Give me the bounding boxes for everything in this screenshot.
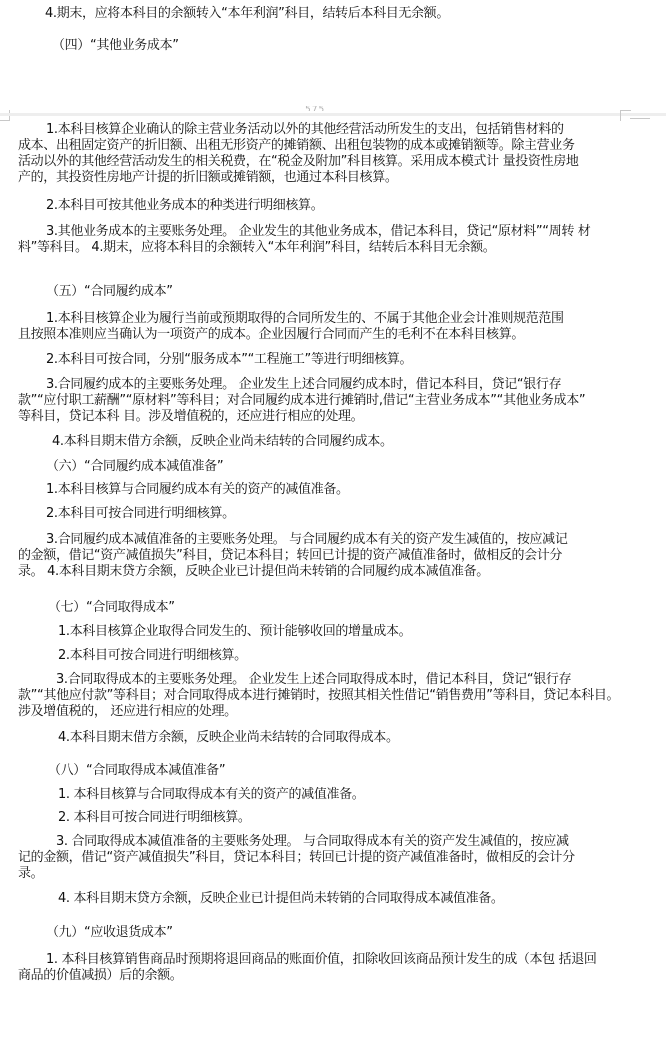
section-heading-4: （四）“其他业务成本” <box>52 38 179 54</box>
text-line: 商品的价值减损）后的余额。 <box>18 968 597 984</box>
paragraph-s8-item2: 2. 本科目可按合同进行明细核算。 <box>58 810 251 826</box>
paragraph-s7-item2: 2.本科目可按合同进行明细核算。 <box>58 648 247 664</box>
paragraph-s4-item3: 3.其他业务成本的主要账务处理。 企业发生的其他业务成本，借记本科目，贷记“原材… <box>18 224 590 256</box>
section-heading-7: （七）“合同取得成本” <box>48 600 175 616</box>
text-line: 款”“应付职工薪酬”“原材料”等科目；对合同履约成本进行摊销时,借记“主营业务成… <box>18 393 585 409</box>
paragraph-s8-item1: 1. 本科目核算与合同取得成本有关的资产的减值准备。 <box>58 787 364 803</box>
paragraph-s4-item1: 1.本科目核算企业确认的除主营业务活动以外的其他经营活动所发生的支出，包括销售材… <box>18 122 579 186</box>
page-number: 575 <box>305 106 325 111</box>
text-line: 活动以外的其他经营活动发生的相关税费，在“税金及附加”科目核算。采用成本模式计 … <box>18 154 579 170</box>
paragraph-s5-item4: 4.本科目期末借方余额，反映企业尚未结转的合同履约成本。 <box>52 434 393 450</box>
page-corner-mark-right-line <box>630 118 650 119</box>
paragraph-s7-item1: 1.本科目核算企业取得合同发生的、预计能够收回的增量成本。 <box>58 624 411 640</box>
text-line: 3.其他业务成本的主要账务处理。 企业发生的其他业务成本，借记本科目，贷记“原材… <box>18 224 590 240</box>
text-line: 1.本科目核算企业确认的除主营业务活动以外的其他经营活动所发生的支出，包括销售材… <box>18 122 579 138</box>
text-line: 款”“其他应付款”等科目；对合同取得成本进行摊销时，按照其相关性借记“销售费用”… <box>18 688 619 704</box>
paragraph-s6-item1: 1.本科目核算与合同履约成本有关的资产的减值准备。 <box>46 482 349 498</box>
page-break-divider <box>0 113 666 116</box>
section-heading-8: （八）“合同取得成本减值准备” <box>48 763 225 779</box>
text-line: 成本、出租固定资产的折旧额、出租无形资产的摊销额、出租包装物的成本或摊销额等。除… <box>18 138 579 154</box>
text-line: 料”等科目。 4.期末，应将本科目的余额转入“本年利润”科目，结转后本科目无余额… <box>18 240 590 256</box>
text-line: 的金额，借记“资产减值损失”科目，贷记本科目；转回已计提的资产减值准备时，做相反… <box>18 548 568 564</box>
text-line: 且按照本准则应当确认为一项资产的成本。企业因履行合同而产生的毛利不在本科目核算。 <box>18 327 564 343</box>
text-line: 产的，其投资性房地产计提的折旧额或摊销额，也通过本科目核算。 <box>18 170 579 186</box>
paragraph-s3-item4: 4.期末，应将本科目的余额转入“本年利润”科目，结转后本科目无余额。 <box>45 6 449 22</box>
section-heading-5: （五）“合同履约成本” <box>46 284 173 300</box>
paragraph-s5-item1: 1.本科目核算企业为履行当前或预期取得的合同所发生的、不属于其他企业会计准则规范… <box>18 311 564 343</box>
section-heading-6: （六）“合同履约成本减值准备” <box>46 459 223 475</box>
section-heading-9: （九）“应收退货成本” <box>46 925 173 941</box>
text-line: 3.合同取得成本的主要账务处理。 企业发生上述合同取得成本时，借记本科目，贷记“… <box>18 672 619 688</box>
text-line: 记的金额，借记“资产减值损失”科目，贷记本科目；转回已计提的资产减值准备时，做相… <box>18 850 575 866</box>
text-line: 录。 4.本科目期末贷方余额，反映企业已计提但尚未转销的合同履约成本减值准备。 <box>18 564 568 580</box>
paragraph-s9-item1: 1. 本科目核算销售商品时预期将退回商品的账面价值，扣除收回该商品预计发生的成（… <box>18 952 597 984</box>
paragraph-s4-item2: 2.本科目可按其他业务成本的种类进行明细核算。 <box>46 198 323 214</box>
paragraph-s7-item4: 4.本科目期末借方余额，反映企业尚未结转的合同取得成本。 <box>58 730 399 746</box>
paragraph-s6-item2: 2.本科目可按合同进行明细核算。 <box>46 506 235 522</box>
paragraph-s8-item3: 3. 合同取得成本减值准备的主要账务处理。 与合同取得成本有关的资产发生减值的，… <box>18 834 575 882</box>
text-line: 等科目，贷记本科 目。涉及增值税的，还应进行相应的处理。 <box>18 409 585 425</box>
paragraph-s8-item4: 4. 本科目期末贷方余额，反映企业已计提但尚未转销的合同取得成本减值准备。 <box>58 891 504 907</box>
text-line: 3.合同履约成本减值准备的主要账务处理。 与合同履约成本有关的资产发生减值的，按… <box>18 532 568 548</box>
text-line: 1.本科目核算企业为履行当前或预期取得的合同所发生的、不属于其他企业会计准则规范… <box>18 311 564 327</box>
text-line: 1. 本科目核算销售商品时预期将退回商品的账面价值，扣除收回该商品预计发生的成（… <box>18 952 597 968</box>
text-line: 录。 <box>18 866 575 882</box>
paragraph-s5-item3: 3.合同履约成本的主要账务处理。 企业发生上述合同履约成本时，借记本科目，贷记“… <box>18 377 585 425</box>
text-line: 3. 合同取得成本减值准备的主要账务处理。 与合同取得成本有关的资产发生减值的，… <box>18 834 575 850</box>
paragraph-s7-item3: 3.合同取得成本的主要账务处理。 企业发生上述合同取得成本时，借记本科目，贷记“… <box>18 672 619 720</box>
paragraph-s5-item2: 2.本科目可按合同，分别“服务成本”“工程施工”等进行明细核算。 <box>46 352 412 368</box>
text-line: 3.合同履约成本的主要账务处理。 企业发生上述合同履约成本时，借记本科目，贷记“… <box>18 377 585 393</box>
page-corner-mark-right <box>620 110 631 121</box>
paragraph-s6-item3: 3.合同履约成本减值准备的主要账务处理。 与合同履约成本有关的资产发生减值的，按… <box>18 532 568 580</box>
text-line: 涉及增值税的， 还应进行相应的处理。 <box>18 704 619 720</box>
